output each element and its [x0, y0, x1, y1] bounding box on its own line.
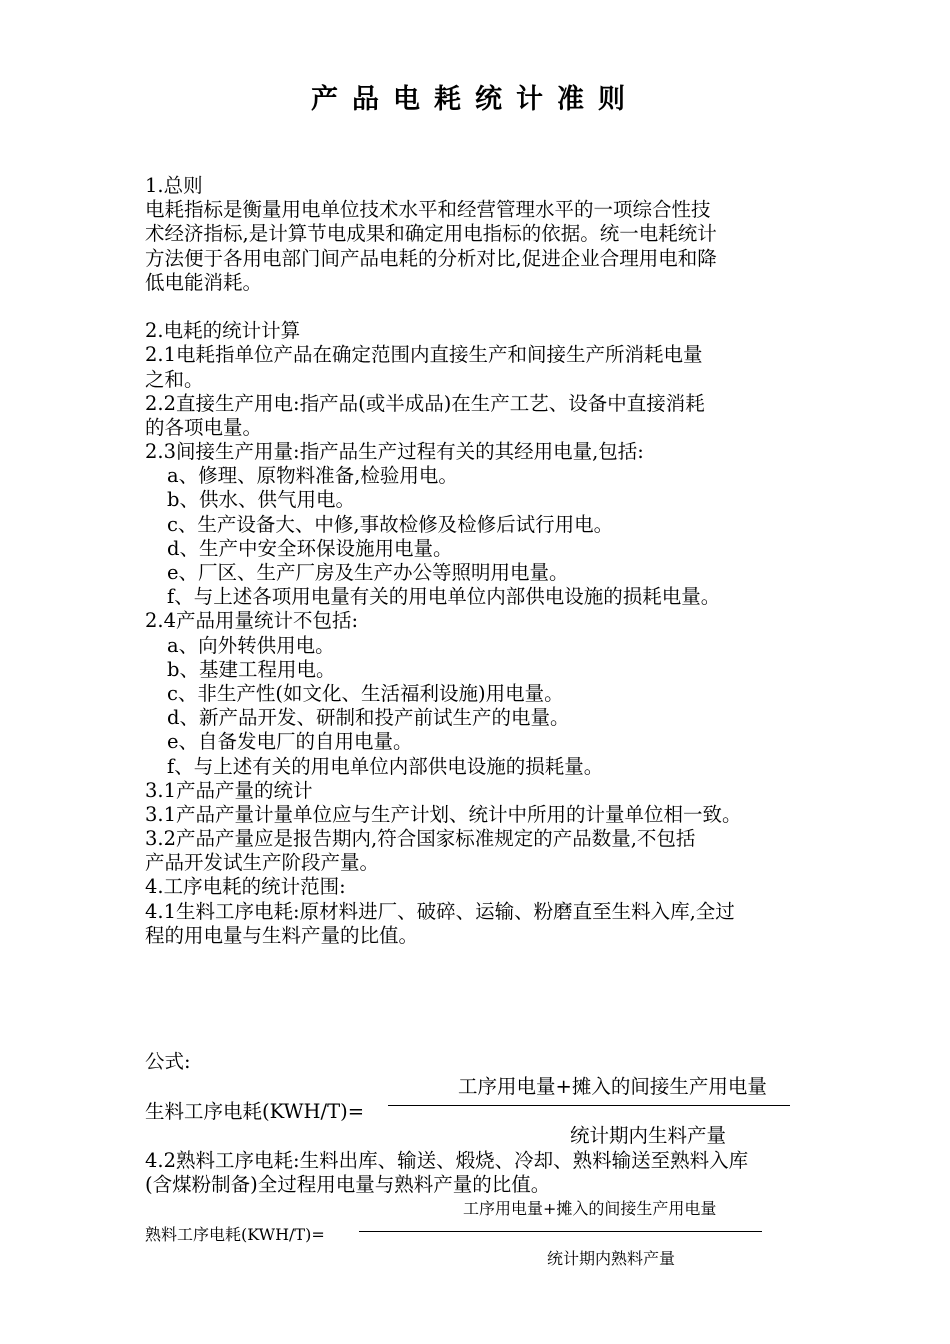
list-item: a、修理、原物料准备,检验用电。: [145, 464, 825, 488]
list-item: b、基建工程用电。: [145, 658, 825, 682]
list-item: f、与上述各项用电量有关的用电单位内部供电设施的损耗电量。: [145, 585, 825, 609]
formula1-fraction-bar: [388, 1105, 790, 1106]
document-body: 1.总则 电耗指标是衡量用电单位技术水平和经营管理水平的一项综合性技 术经济指标…: [145, 174, 825, 948]
section-heading: 1.总则: [145, 174, 825, 198]
subsection-heading: 2.4产品用量统计不包括:: [145, 609, 825, 633]
formula2-denominator: 统计期内熟料产量: [547, 1246, 675, 1269]
paragraph-line: 3.2产品产量应是报告期内,符合国家标准规定的产品数量,不包括: [145, 827, 825, 851]
section-42-line: (含煤粉制备)全过程用电量与熟料产量的比值。: [145, 1169, 550, 1197]
formula2-lhs: 熟料工序电耗(KWH/T)=: [145, 1222, 325, 1245]
list-item: e、自备发电厂的自用电量。: [145, 730, 825, 754]
formula-label: 公式:: [145, 1046, 191, 1074]
paragraph-line: 术经济指标,是计算节电成果和确定用电指标的依据。统一电耗统计: [145, 222, 825, 246]
section-heading: 3.1产品产量的统计: [145, 779, 825, 803]
list-item: c、生产设备大、中修,事故检修及检修后试行用电。: [145, 513, 825, 537]
paragraph-line: 2.2直接生产用电:指产品(或半成品)在生产工艺、设备中直接消耗: [145, 392, 825, 416]
paragraph-line: 3.1产品产量计量单位应与生产计划、统计中所用的计量单位相一致。: [145, 803, 825, 827]
paragraph-line: 2.3间接生产用量:指产品生产过程有关的其经用电量,包括:: [145, 440, 825, 464]
paragraph-line: 4.1生料工序电耗:原材料进厂、破碎、运输、粉磨直至生料入库,全过: [145, 900, 825, 924]
formula1-denominator: 统计期内生料产量: [570, 1120, 726, 1148]
list-item: b、供水、供气用电。: [145, 488, 825, 512]
formula1-numerator: 工序用电量+摊入的间接生产用电量: [458, 1071, 767, 1099]
document-title: 产品电耗统计准则: [0, 82, 950, 118]
list-item: d、新产品开发、研制和投产前试生产的电量。: [145, 706, 825, 730]
list-item: f、与上述有关的用电单位内部供电设施的损耗量。: [145, 755, 825, 779]
section-heading: 2.电耗的统计计算: [145, 319, 825, 343]
paragraph-line: 低电能消耗。: [145, 271, 825, 295]
paragraph-line: 程的用电量与生料产量的比值。: [145, 924, 825, 948]
paragraph-line: 之和。: [145, 368, 825, 392]
paragraph-line: 2.1电耗指单位产品在确定范围内直接生产和间接生产所消耗电量: [145, 343, 825, 367]
formula2-numerator: 工序用电量+摊入的间接生产用电量: [463, 1196, 716, 1219]
paragraph-line: 的各项电量。: [145, 416, 825, 440]
paragraph-line: 产品开发试生产阶段产量。: [145, 851, 825, 875]
list-item: d、生产中安全环保设施用电量。: [145, 537, 825, 561]
list-item: a、向外转供用电。: [145, 634, 825, 658]
list-item: e、厂区、生产厂房及生产办公等照明用电量。: [145, 561, 825, 585]
list-item: c、非生产性(如文化、生活福利设施)用电量。: [145, 682, 825, 706]
section-heading: 4.工序电耗的统计范围:: [145, 875, 825, 899]
paragraph-line: 电耗指标是衡量用电单位技术水平和经营管理水平的一项综合性技: [145, 198, 825, 222]
formula2-fraction-bar: [359, 1231, 762, 1232]
formula1-lhs: 生料工序电耗(KWH/T)=: [145, 1096, 364, 1124]
paragraph-line: 方法便于各用电部门间产品电耗的分析对比,促进企业合理用电和降: [145, 247, 825, 271]
